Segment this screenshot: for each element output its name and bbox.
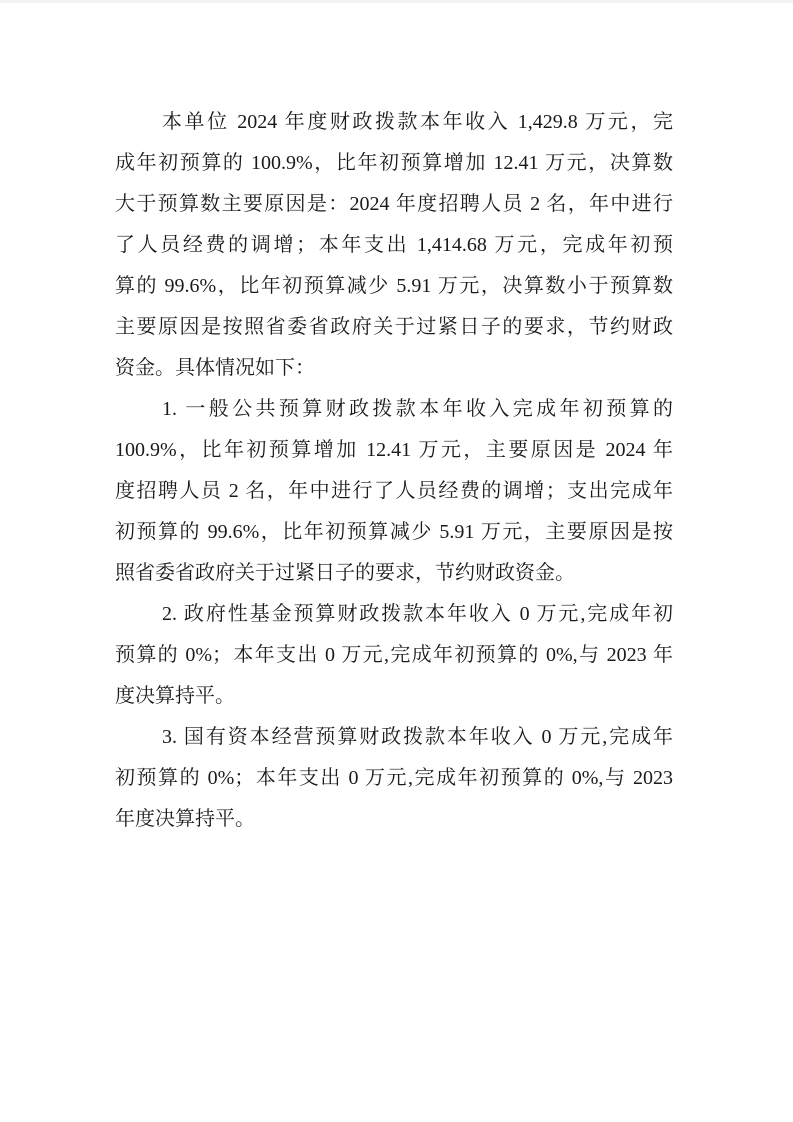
paragraph: 本单位 2024 年度财政拨款本年收入 1,429.8 万元，完成年初预算的 1… [115, 102, 673, 389]
text-line: 3. 国有资本经营预算财政拨款本年收入 0 万元,完成年 [115, 717, 673, 758]
text-line: 度决算持平。 [115, 676, 673, 717]
page-top-edge [0, 0, 793, 3]
text-line: 100.9%，比年初预算增加 12.41 万元，主要原因是 2024 年 [115, 430, 673, 471]
paragraph: 3. 国有资本经营预算财政拨款本年收入 0 万元,完成年初预算的 0%；本年支出… [115, 717, 673, 840]
text-line: 主要原因是按照省委省政府关于过紧日子的要求，节约财政 [115, 307, 673, 348]
paragraph: 1. 一般公共预算财政拨款本年收入完成年初预算的100.9%，比年初预算增加 1… [115, 389, 673, 594]
text-line: 2. 政府性基金预算财政拨款本年收入 0 万元,完成年初 [115, 594, 673, 635]
text-line: 度招聘人员 2 名，年中进行了人员经费的调增；支出完成年 [115, 471, 673, 512]
text-line: 照省委省政府关于过紧日子的要求，节约财政资金。 [115, 553, 673, 594]
text-line: 1. 一般公共预算财政拨款本年收入完成年初预算的 [115, 389, 673, 430]
text-line: 算的 99.6%，比年初预算减少 5.91 万元，决算数小于预算数 [115, 266, 673, 307]
text-line: 资金。具体情况如下： [115, 348, 673, 389]
paragraph: 2. 政府性基金预算财政拨款本年收入 0 万元,完成年初预算的 0%；本年支出 … [115, 594, 673, 717]
text-line: 预算的 0%；本年支出 0 万元,完成年初预算的 0%,与 2023 年 [115, 635, 673, 676]
text-line: 年度决算持平。 [115, 799, 673, 840]
text-line: 初预算的 99.6%，比年初预算减少 5.91 万元，主要原因是按 [115, 512, 673, 553]
text-line: 成年初预算的 100.9%，比年初预算增加 12.41 万元，决算数 [115, 143, 673, 184]
text-line: 了人员经费的调增；本年支出 1,414.68 万元，完成年初预 [115, 225, 673, 266]
text-line: 本单位 2024 年度财政拨款本年收入 1,429.8 万元，完 [115, 102, 673, 143]
text-line: 初预算的 0%；本年支出 0 万元,完成年初预算的 0%,与 2023 [115, 758, 673, 799]
body-text: 本单位 2024 年度财政拨款本年收入 1,429.8 万元，完成年初预算的 1… [115, 102, 673, 840]
text-line: 大于预算数主要原因是：2024 年度招聘人员 2 名，年中进行 [115, 184, 673, 225]
document-page: 本单位 2024 年度财政拨款本年收入 1,429.8 万元，完成年初预算的 1… [0, 0, 793, 1122]
